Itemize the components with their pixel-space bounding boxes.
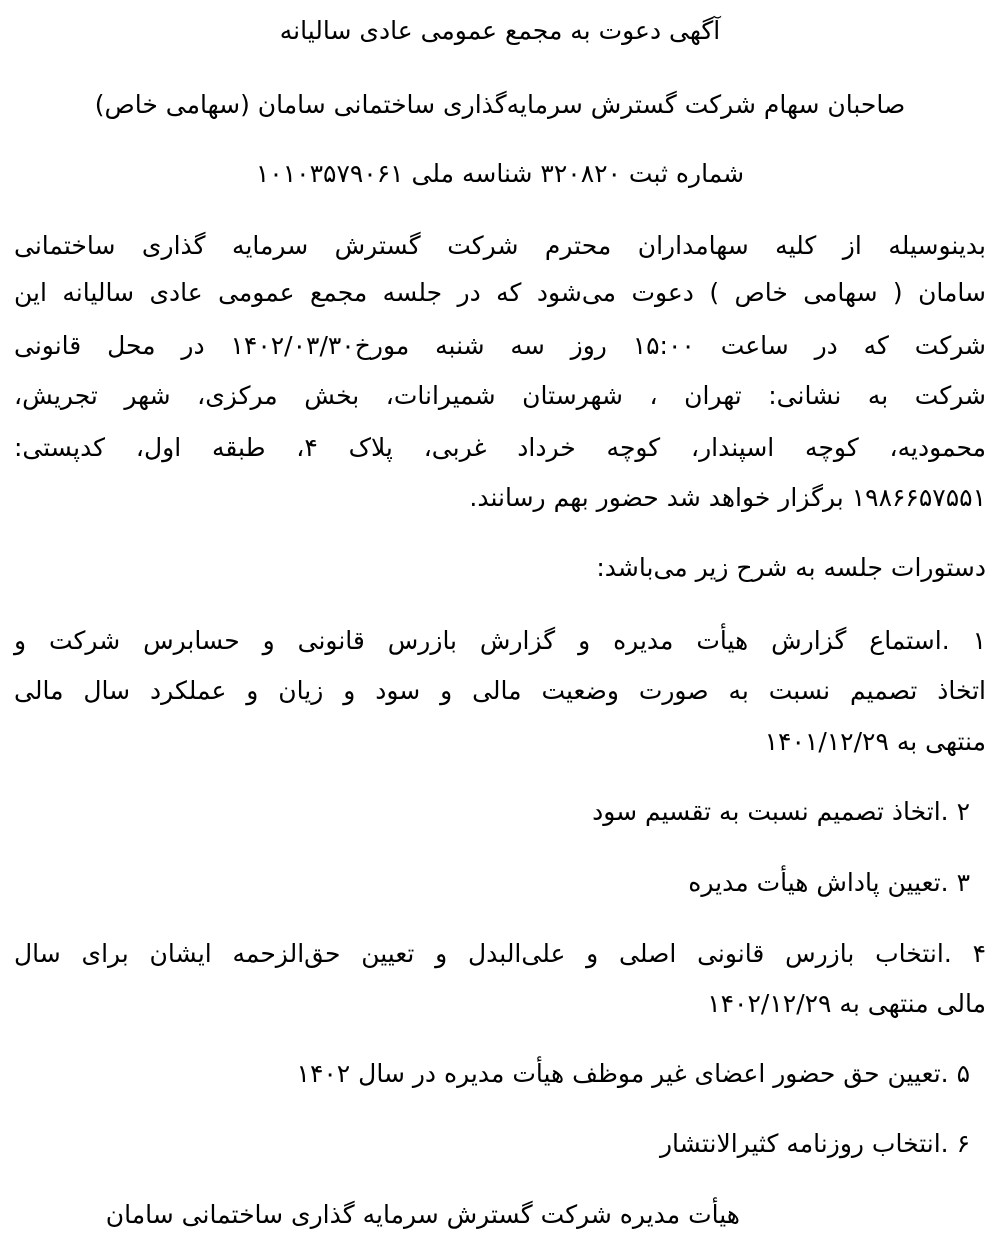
agenda-line: اتخاذ تصمیم نسبت به صورت وضعیت مالی و سو… — [14, 674, 986, 708]
intro-line: سامان ( سهامی خاص ) دعوت می‌شود که در جل… — [14, 276, 986, 310]
agenda-line: مالی منتهی به ۱۴۰۲/۱۲/۲۹ — [14, 987, 986, 1021]
notice-page: آگهی دعوت به مجمع عمومی عادی سالیانه صاح… — [0, 0, 1000, 1235]
notice-title: آگهی دعوت به مجمع عمومی عادی سالیانه — [0, 14, 1000, 48]
agenda-line: ۱ .استماع گزارش هیأت مدیره و گزارش بازرس… — [14, 624, 986, 658]
agenda-line: ۵ .تعیین حق حضور اعضای غیر موظف هیأت مدی… — [14, 1057, 970, 1091]
notice-addressee: صاحبان سهام شرکت گسترش سرمایه‌گذاری ساخت… — [0, 88, 1000, 122]
agenda-line: ۲ .اتخاذ تصمیم نسبت به تقسیم سود — [14, 795, 970, 829]
intro-line: بدینوسیله از کلیه سهامداران محترم شرکت گ… — [14, 229, 986, 263]
agenda-line: ۳ .تعیین پاداش هیأت مدیره — [14, 866, 970, 900]
signature-line: هیأت مدیره شرکت گسترش سرمایه گذاری ساختم… — [106, 1198, 740, 1232]
intro-line: شرکت که در ساعت ۱۵:۰۰ روز سه شنبه مورخ۱۴… — [14, 329, 986, 363]
agenda-heading: دستورات جلسه به شرح زیر می‌باشد: — [14, 551, 986, 585]
intro-line: ۱۹۸۶۶۵۷۵۵۱ برگزار خواهد شد حضور بهم رسان… — [14, 481, 986, 515]
registration-line: شماره ثبت ۳۲۰۸۲۰ شناسه ملی ۱۰۱۰۳۵۷۹۰۶۱ — [0, 157, 1000, 191]
agenda-line: ۶ .انتخاب روزنامه کثیرالانتشار — [14, 1127, 970, 1161]
intro-line: محمودیه، کوچه اسپندار، کوچه خرداد غربی، … — [14, 431, 986, 465]
agenda-line: منتهی به ۱۴۰۱/۱۲/۲۹ — [14, 725, 986, 759]
intro-line: شرکت به نشانی: تهران ، شهرستان شمیرانات،… — [14, 379, 986, 413]
agenda-line: ۴ .انتخاب بازرس قانونی اصلی و علی‌البدل … — [14, 937, 986, 971]
